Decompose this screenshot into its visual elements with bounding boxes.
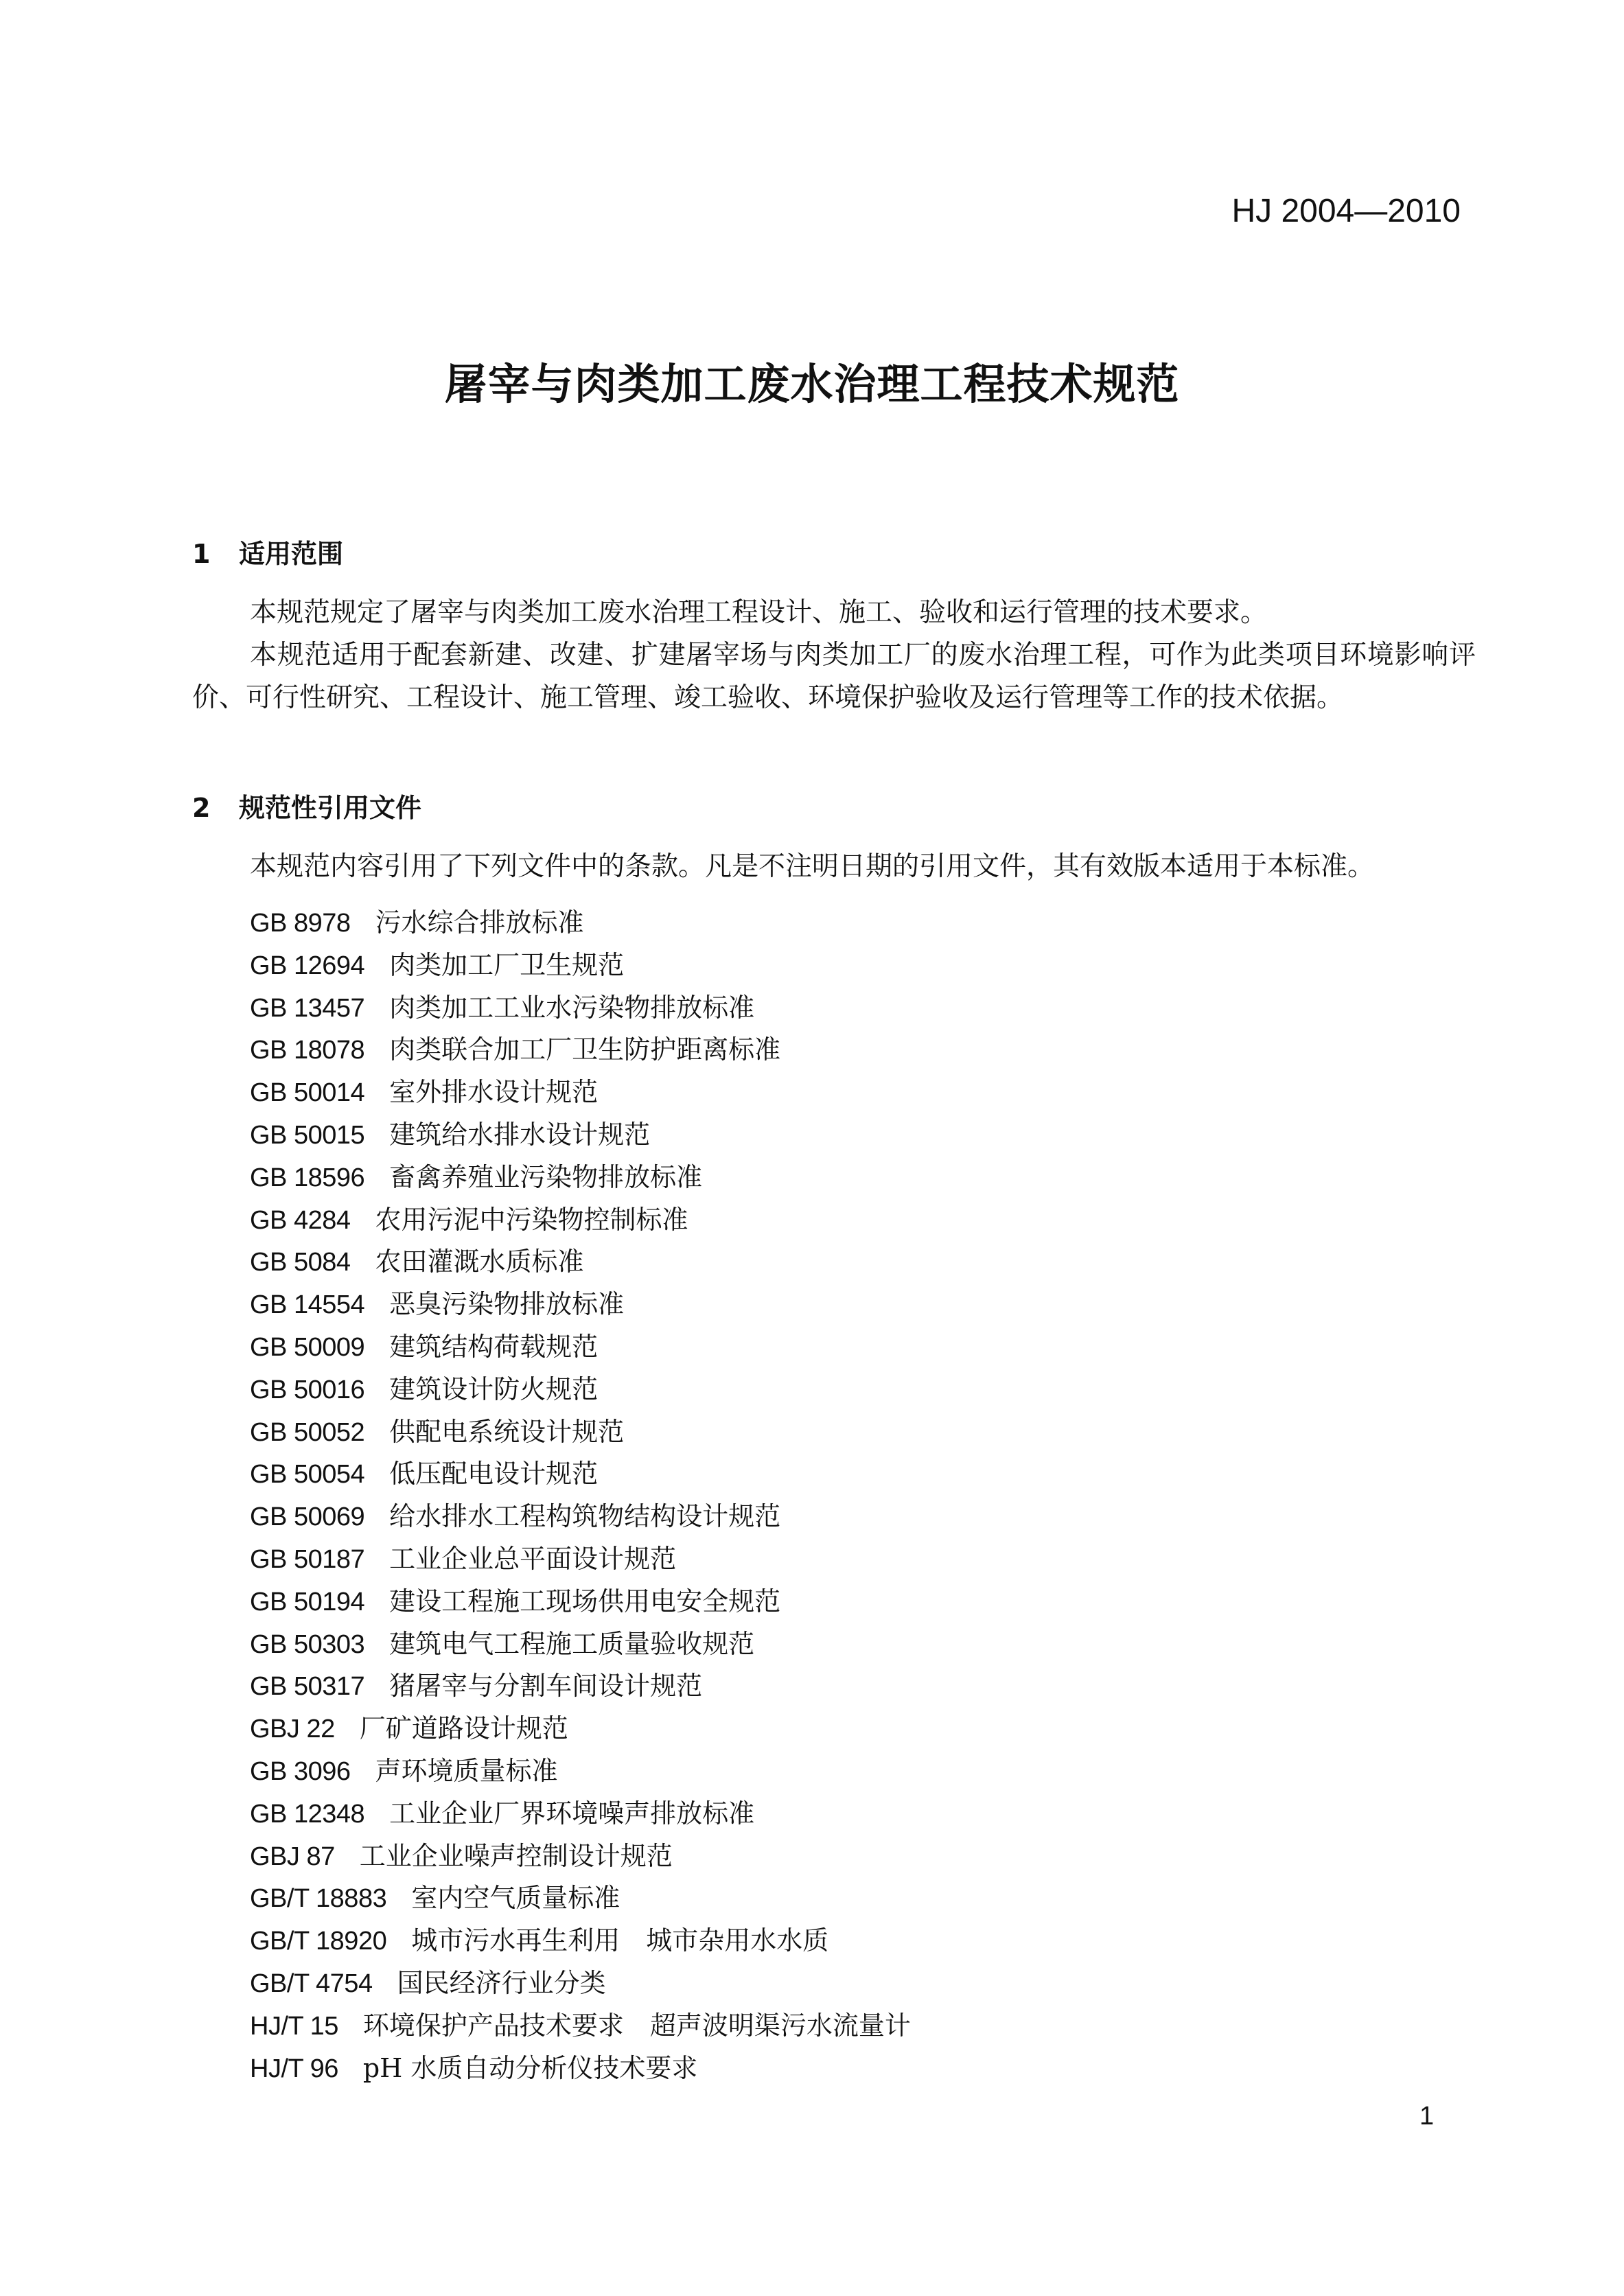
reference-code: GB 3096 — [250, 1751, 351, 1794]
reference-item: HJ/T 15环境保护产品技术要求 超声波明渠污水流量计 — [250, 2005, 911, 2048]
reference-name: 农田灌溉水质标准 — [375, 1246, 584, 1277]
reference-item: GBJ 87工业企业噪声控制设计规范 — [250, 1835, 911, 1878]
reference-item: GB 50069给水排水工程构筑物结构设计规范 — [250, 1496, 911, 1538]
reference-name: 给水排水工程构筑物结构设计规范 — [389, 1501, 780, 1531]
reference-list: GB 8978污水综合排放标准 GB 12694肉类加工厂卫生规范 GB 134… — [250, 902, 911, 2089]
reference-code: GB 50015 — [250, 1115, 364, 1157]
reference-code: GB 50069 — [250, 1496, 364, 1539]
document-title: 屠宰与肉类加工废水治理工程技术规范 — [0, 350, 1624, 411]
reference-code: GB 4284 — [250, 1200, 351, 1242]
reference-code: GB 50014 — [250, 1072, 364, 1115]
reference-item: GB 18078肉类联合加工厂卫生防护距离标准 — [250, 1029, 911, 1071]
reference-item: GB 50016建筑设计防火规范 — [250, 1369, 911, 1411]
reference-name: 声环境质量标准 — [375, 1756, 558, 1786]
reference-code: GB/T 18883 — [250, 1878, 386, 1921]
reference-item: GB 8978污水综合排放标准 — [250, 902, 911, 944]
reference-item: GB 50014室外排水设计规范 — [250, 1071, 911, 1114]
reference-item: GB 50303建筑电气工程施工质量验收规范 — [250, 1623, 911, 1666]
reference-name: 低压配电设计规范 — [389, 1459, 598, 1489]
reference-name: 肉类联合加工厂卫生防护距离标准 — [389, 1034, 780, 1065]
reference-item: GB 14554恶臭污染物排放标准 — [250, 1284, 911, 1326]
section-heading-scope: 1适用范围 — [192, 533, 343, 570]
reference-item: GB 4284农用污泥中污染物控制标准 — [250, 1199, 911, 1242]
reference-code: GB 14554 — [250, 1284, 364, 1327]
reference-code: GB 5084 — [250, 1242, 351, 1284]
reference-name: pH 水质自动分析仪技术要求 — [363, 2053, 698, 2083]
reference-code: GB 50054 — [250, 1454, 364, 1496]
reference-item: GB 50194建设工程施工现场供用电安全规范 — [250, 1581, 911, 1623]
reference-name: 建筑设计防火规范 — [389, 1374, 598, 1404]
reference-code: GB 50317 — [250, 1666, 364, 1708]
reference-name: 肉类加工厂卫生规范 — [389, 950, 624, 980]
reference-item: GB 13457肉类加工工业水污染物排放标准 — [250, 987, 911, 1030]
reference-code: GB/T 4754 — [250, 1963, 373, 2006]
paragraph-scope-1: 本规范规定了屠宰与肉类加工废水治理工程设计、施工、验收和运行管理的技术要求。 — [192, 592, 1476, 634]
section-title: 规范性引用文件 — [239, 793, 421, 823]
section-number: 2 — [192, 793, 239, 823]
reference-code: GB 50016 — [250, 1369, 364, 1412]
reference-code: GBJ 22 — [250, 1708, 335, 1751]
reference-item: GB 12348工业企业厂界环境噪声排放标准 — [250, 1793, 911, 1835]
reference-name: 工业企业总平面设计规范 — [389, 1544, 676, 1574]
reference-name: 污水综合排放标准 — [375, 907, 584, 938]
reference-code: GB 13457 — [250, 988, 364, 1030]
reference-item: GB 18596畜禽养殖业污染物排放标准 — [250, 1157, 911, 1199]
reference-name: 国民经济行业分类 — [397, 1968, 606, 1998]
reference-item: GB 50052供配电系统设计规范 — [250, 1411, 911, 1454]
reference-item: HJ/T 96pH 水质自动分析仪技术要求 — [250, 2048, 911, 2090]
reference-item: GB 50054低压配电设计规范 — [250, 1453, 911, 1496]
reference-code: GB 12694 — [250, 945, 364, 988]
reference-name: 工业企业噪声控制设计规范 — [360, 1841, 673, 1871]
reference-item: GB 50187工业企业总平面设计规范 — [250, 1538, 911, 1581]
reference-code: GB 50194 — [250, 1581, 364, 1624]
reference-name: 室外排水设计规范 — [389, 1077, 598, 1107]
reference-item: GB 5084农田灌溉水质标准 — [250, 1241, 911, 1284]
reference-name: 畜禽养殖业污染物排放标准 — [389, 1162, 702, 1192]
reference-name: 厂矿道路设计规范 — [360, 1713, 568, 1743]
standard-code: HJ 2004—2010 — [1231, 192, 1461, 230]
reference-code: GB 12348 — [250, 1794, 364, 1836]
reference-code: HJ/T 96 — [250, 2048, 338, 2091]
reference-code: GB 50052 — [250, 1412, 364, 1454]
reference-name: 建筑电气工程施工质量验收规范 — [389, 1629, 754, 1659]
reference-name: 室内空气质量标准 — [411, 1883, 620, 1913]
reference-name: 肉类加工工业水污染物排放标准 — [389, 993, 754, 1023]
reference-code: GB 8978 — [250, 903, 351, 945]
reference-item: GB 3096声环境质量标准 — [250, 1750, 911, 1793]
reference-code: GB/T 18920 — [250, 1921, 386, 1963]
reference-name: 猪屠宰与分割车间设计规范 — [389, 1671, 702, 1701]
reference-name: 建筑给水排水设计规范 — [389, 1120, 650, 1150]
page-number: 1 — [1419, 2102, 1434, 2131]
reference-item: GBJ 22厂矿道路设计规范 — [250, 1708, 911, 1750]
reference-code: GB 50009 — [250, 1327, 364, 1369]
section-number: 1 — [192, 539, 239, 569]
reference-item: GB/T 18883室内空气质量标准 — [250, 1877, 911, 1920]
reference-code: HJ/T 15 — [250, 2006, 338, 2048]
reference-code: GB 50187 — [250, 1539, 364, 1581]
reference-code: GBJ 87 — [250, 1836, 335, 1879]
reference-name: 恶臭污染物排放标准 — [389, 1289, 624, 1319]
paragraph-scope-2: 本规范适用于配套新建、改建、扩建屠宰场与肉类加工厂的废水治理工程，可作为此类项目… — [192, 634, 1476, 719]
reference-name: 供配电系统设计规范 — [389, 1417, 624, 1447]
section-title: 适用范围 — [239, 539, 343, 569]
reference-code: GB 50303 — [250, 1624, 364, 1667]
reference-name: 城市污水再生利用 城市杂用水水质 — [411, 1925, 828, 1956]
reference-code: GB 18078 — [250, 1030, 364, 1072]
paragraph-references-intro: 本规范内容引用了下列文件中的条款。凡是不注明日期的引用文件，其有效版本适用于本标… — [192, 846, 1476, 888]
reference-code: GB 18596 — [250, 1157, 364, 1200]
reference-name: 建筑结构荷载规范 — [389, 1332, 598, 1362]
section-heading-normative-references: 2规范性引用文件 — [192, 787, 421, 824]
reference-item: GB/T 18920城市污水再生利用 城市杂用水水质 — [250, 1920, 911, 1962]
reference-item: GB/T 4754国民经济行业分类 — [250, 1962, 911, 2005]
reference-name: 环境保护产品技术要求 超声波明渠污水流量计 — [363, 2010, 911, 2041]
reference-name: 工业企业厂界环境噪声排放标准 — [389, 1798, 754, 1829]
reference-item: GB 50009建筑结构荷载规范 — [250, 1326, 911, 1369]
reference-name: 建设工程施工现场供用电安全规范 — [389, 1586, 780, 1616]
reference-name: 农用污泥中污染物控制标准 — [375, 1205, 688, 1235]
reference-item: GB 50317猪屠宰与分割车间设计规范 — [250, 1665, 911, 1708]
reference-item: GB 50015建筑给水排水设计规范 — [250, 1114, 911, 1157]
reference-item: GB 12694肉类加工厂卫生规范 — [250, 944, 911, 987]
